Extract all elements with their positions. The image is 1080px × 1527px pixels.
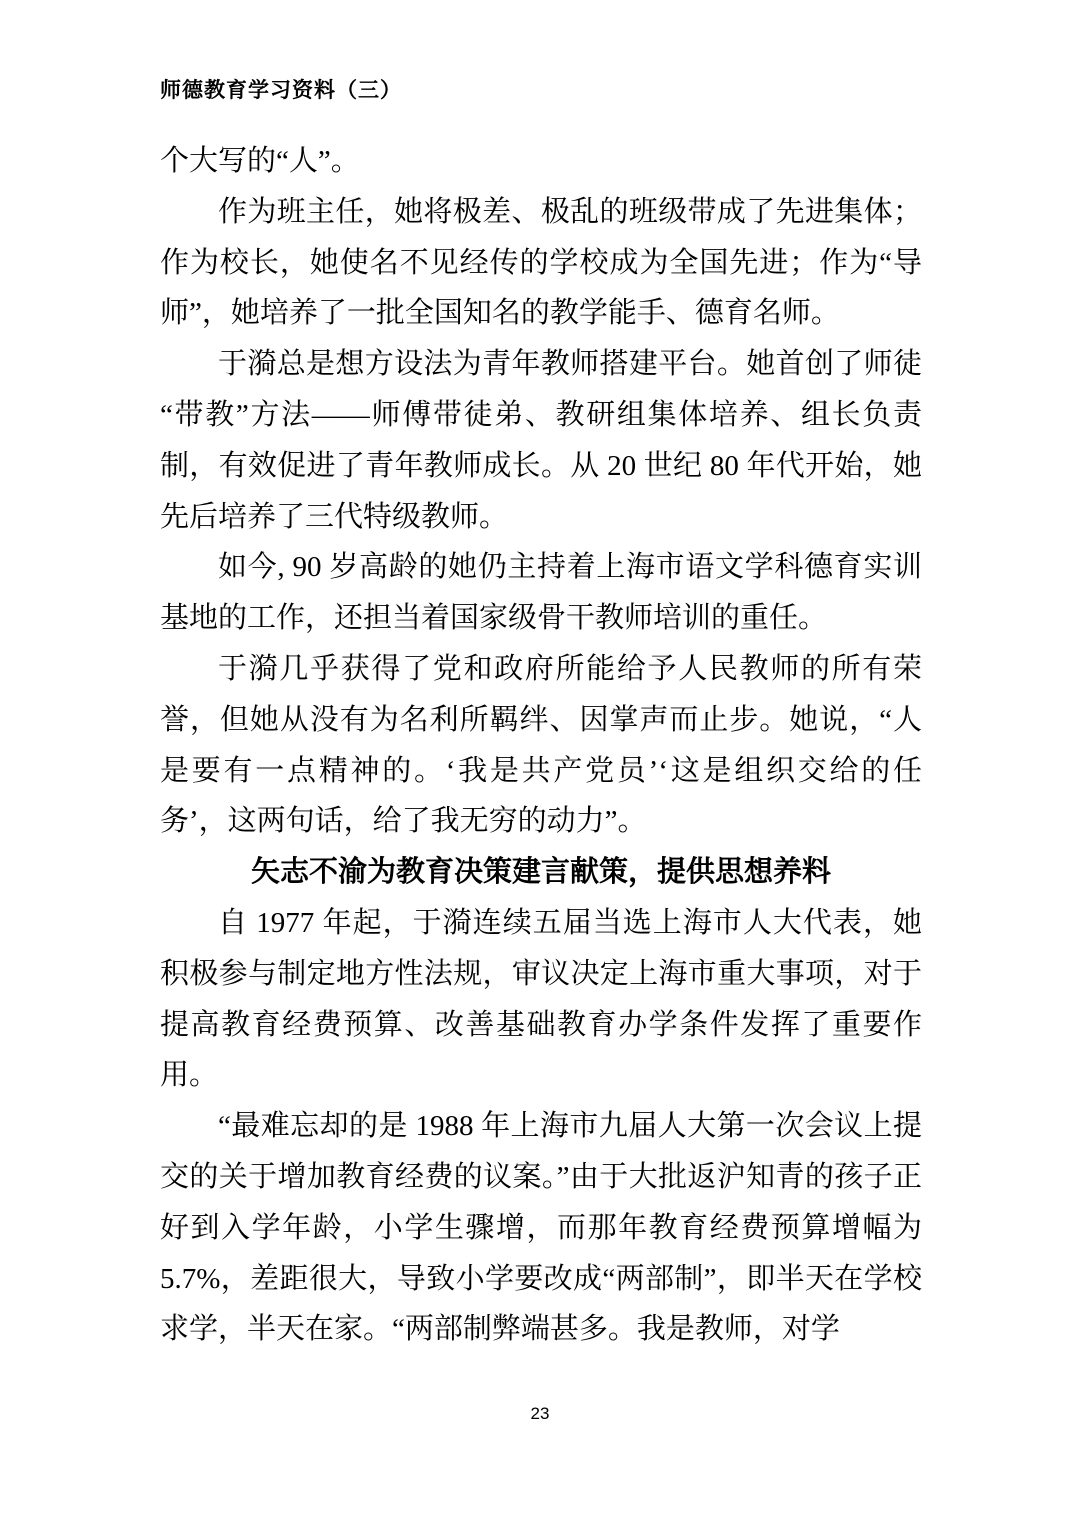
body-paragraph: “最难忘却的是 1988 年上海市九届人大第一次会议上提交的关于增加教育经费的议… bbox=[160, 1101, 922, 1355]
page-number: 23 bbox=[0, 1404, 1080, 1424]
body-paragraph-continuation: 个大写的“人”。 bbox=[160, 136, 922, 187]
body-paragraph: 自 1977 年起，于漪连续五届当选上海市人大代表，她积极参与制定地方性法规，审… bbox=[160, 898, 922, 1101]
section-heading: 矢志不渝为教育决策建言献策，提供思想养料 bbox=[160, 847, 922, 898]
document-header-title: 师德教育学习资料（三） bbox=[160, 74, 402, 104]
body-paragraph: 作为班主任，她将极差、极乱的班级带成了先进集体；作为校长，她使名不见经传的学校成… bbox=[160, 187, 922, 339]
document-page: 师德教育学习资料（三） 个大写的“人”。 作为班主任，她将极差、极乱的班级带成了… bbox=[0, 0, 1080, 1527]
body-paragraph: 如今, 90 岁高龄的她仍主持着上海市语文学科德育实训基地的工作，还担当着国家级… bbox=[160, 542, 922, 644]
document-body: 个大写的“人”。 作为班主任，她将极差、极乱的班级带成了先进集体；作为校长，她使… bbox=[160, 136, 922, 1355]
body-paragraph: 于漪几乎获得了党和政府所能给予人民教师的所有荣誉，但她从没有为名利所羁绊、因掌声… bbox=[160, 644, 922, 847]
body-paragraph: 于漪总是想方设法为青年教师搭建平台。她首创了师徒“带教”方法——师傅带徒弟、教研… bbox=[160, 339, 922, 542]
